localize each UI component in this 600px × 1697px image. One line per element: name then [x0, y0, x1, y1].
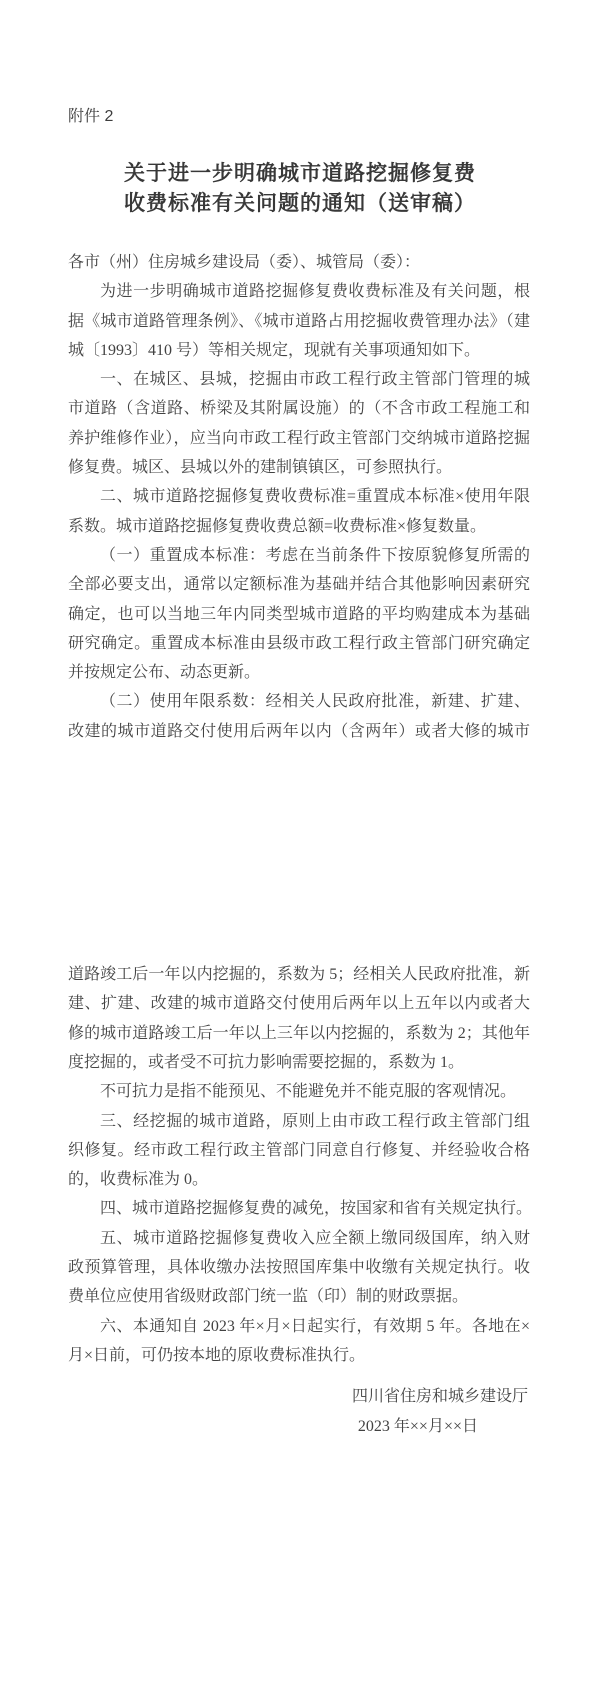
document-title: 关于进一步明确城市道路挖掘修复费 收费标准有关问题的通知（送审稿） [0, 159, 600, 219]
document-title-line1: 关于进一步明确城市道路挖掘修复费 [0, 159, 600, 189]
attachment-label: 附件 2 [68, 106, 600, 128]
page-break-gap [68, 746, 530, 960]
signature-date: 2023 年××月××日 [68, 1412, 530, 1441]
paragraph-item-2-sub-1: （一）重置成本标准：考虑在当前条件下按原貌修复所需的全部必要支出，通常以定额标准… [68, 541, 530, 687]
document-body: 各市（州）住房城乡建设局（委）、城管局（委）： 为进一步明确城市道路挖掘修复费收… [68, 248, 530, 1441]
paragraph-force-majeure: 不可抗力是指不能预见、不能避免并不能克服的客观情况。 [68, 1077, 530, 1106]
salutation: 各市（州）住房城乡建设局（委）、城管局（委）： [68, 248, 530, 277]
paragraph-intro: 为进一步明确城市道路挖掘修复费收费标准及有关问题，根据《城市道路管理条例》、《城… [68, 277, 530, 365]
signature-organization: 四川省住房和城乡建设厅 [68, 1382, 530, 1411]
paragraph-item-2-sub-2-part2: 道路竣工后一年以内挖掘的，系数为 5；经相关人民政府批准，新建、扩建、改建的城市… [68, 960, 530, 1077]
paragraph-item-2-sub-2-part1: （二）使用年限系数：经相关人民政府批准，新建、扩建、改建的城市道路交付使用后两年… [68, 687, 530, 746]
paragraph-item-4: 四、城市道路挖掘修复费的减免，按国家和省有关规定执行。 [68, 1194, 530, 1223]
document-page: 附件 2 关于进一步明确城市道路挖掘修复费 收费标准有关问题的通知（送审稿） 各… [0, 0, 600, 1697]
document-title-line2: 收费标准有关问题的通知（送审稿） [0, 189, 600, 219]
paragraph-item-6: 六、本通知自 2023 年×月×日起实行，有效期 5 年。各地在×月×日前，可仍… [68, 1312, 530, 1371]
paragraph-item-3: 三、经挖掘的城市道路，原则上由市政工程行政主管部门组织修复。经市政工程行政主管部… [68, 1107, 530, 1195]
signature-block: 四川省住房和城乡建设厅 2023 年××月××日 [68, 1382, 530, 1441]
paragraph-item-2: 二、城市道路挖掘修复费收费标准=重置成本标准×使用年限系数。城市道路挖掘修复费收… [68, 482, 530, 541]
paragraph-item-5: 五、城市道路挖掘修复费收入应全额上缴同级国库，纳入财政预算管理，具体收缴办法按照… [68, 1224, 530, 1312]
paragraph-item-1: 一、在城区、县城，挖掘由市政工程行政主管部门管理的城市道路（含道路、桥梁及其附属… [68, 365, 530, 482]
